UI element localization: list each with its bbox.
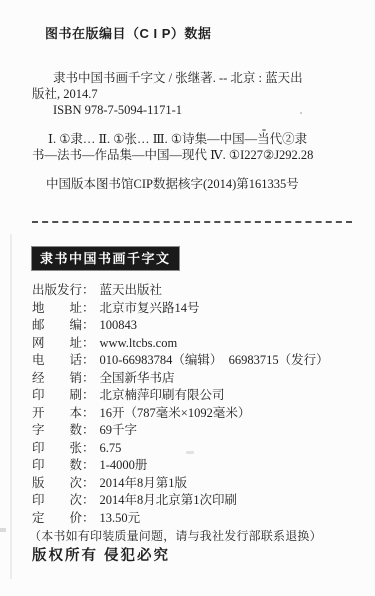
colophon-row: 电 话： 010-66983784（编辑） 66983715（发行） [32, 352, 351, 370]
colophon-value: 2014年8月北京第1次印刷 [95, 492, 238, 510]
cip-record-number: 中国版本图书馆CIP数据核字(2014)第161335号 [32, 176, 351, 192]
colophon-value: 全国新华书店 [95, 370, 175, 388]
classification-line1: Ⅰ. ①隶… Ⅱ. ①张… Ⅲ. ①诗集—中国—当代②隶 [32, 131, 351, 147]
cip-classification: Ⅰ. ①隶… Ⅱ. ①张… Ⅲ. ①诗集—中国—当代②隶 书—法书—作品集—中国… [32, 131, 351, 163]
colophon-label: 字 数： [32, 422, 95, 440]
classification-line2: 书—法书—作品集—中国—现代 Ⅳ. ①I227②J292.28 [32, 147, 351, 163]
quality-note: （本书如有印装质量问题，请与我社发行部联系退换） [29, 528, 351, 544]
book-title-box: 隶书中国书画千字文 [32, 247, 179, 270]
colophon-value: 69千字 [95, 422, 138, 440]
cip-entry-line2: 版社, 2014.7 [32, 86, 351, 102]
colophon-value: 2014年8月第1版 [95, 475, 188, 493]
colophon-row: 印 张： 6.75 [32, 440, 351, 458]
colophon-label: 版 次： [32, 475, 95, 493]
colophon-row: 印 数： 1-4000册 [32, 457, 351, 475]
scan-artifact-smudge [186, 451, 194, 454]
colophon-label: 出版发行： [32, 282, 95, 300]
colophon-label: 经 销： [32, 370, 95, 388]
colophon-value: 1-4000册 [95, 457, 148, 475]
colophon-row: 开 本： 16开（787毫米×1092毫米） [32, 405, 351, 423]
colophon-row: 经 销： 全国新华书店 [32, 370, 351, 388]
colophon-value: 北京楠萍印刷有限公司 [95, 387, 225, 405]
colophon-value: 16开（787毫米×1092毫米） [95, 405, 251, 423]
colophon-value: 北京市复兴路14号 [95, 300, 200, 318]
colophon-label: 地 址： [32, 300, 95, 318]
colophon-row: 印 刷： 北京楠萍印刷有限公司 [32, 387, 351, 405]
colophon-table: 出版发行： 蓝天出版社 地 址： 北京市复兴路14号 邮 编： 100843 网… [32, 282, 351, 527]
isbn-line: ISBN 978-7-5094-1171-1 [32, 102, 351, 118]
scan-artifact-line [10, 234, 12, 579]
colophon-value: 010-66983784（编辑） 66983715（发行） [95, 352, 329, 370]
copyright-notice: 版权所有 侵犯必究 [32, 547, 351, 565]
colophon-label: 印 数： [32, 457, 95, 475]
colophon-row: 邮 编： 100843 [32, 317, 351, 335]
scan-artifact-speck [300, 112, 302, 114]
colophon-row: 印 次： 2014年8月北京第1次印刷 [32, 492, 351, 510]
scan-artifact-smudge [0, 528, 6, 532]
colophon-label: 印 张： [32, 440, 95, 458]
colophon-row: 字 数： 69千字 [32, 422, 351, 440]
colophon-value: 13.50元 [95, 510, 141, 528]
colophon-value: www.ltcbs.com [95, 335, 178, 353]
colophon-row: 出版发行： 蓝天出版社 [32, 282, 351, 300]
colophon-row: 地 址： 北京市复兴路14号 [32, 300, 351, 318]
colophon-label: 网 址： [32, 335, 95, 353]
colophon-label: 印 刷： [32, 387, 95, 405]
copyright-page: 图书在版编目（C I P）数据 隶书中国书画千字文 / 张继著. -- 北京 :… [0, 0, 375, 596]
colophon-label: 邮 编： [32, 317, 95, 335]
colophon-value: 100843 [95, 317, 138, 335]
colophon-label: 印 次： [32, 492, 95, 510]
colophon-value: 6.75 [95, 440, 122, 458]
colophon-label: 定 价： [32, 510, 95, 528]
colophon-label: 开 本： [32, 405, 95, 423]
scan-artifact-speck [262, 129, 266, 131]
colophon-value: 蓝天出版社 [95, 282, 163, 300]
cip-entry: 隶书中国书画千字文 / 张继著. -- 北京 : 蓝天出 版社, 2014.7 … [32, 70, 351, 118]
colophon-row: 定 价： 13.50元 [32, 510, 351, 528]
colophon-row: 网 址： www.ltcbs.com [32, 335, 351, 353]
colophon-row: 版 次： 2014年8月第1版 [32, 475, 351, 493]
cip-heading: 图书在版编目（C I P）数据 [45, 26, 351, 42]
cip-entry-line1: 隶书中国书画千字文 / 张继著. -- 北京 : 蓝天出 [32, 70, 351, 86]
colophon-label: 电 话： [32, 352, 95, 370]
